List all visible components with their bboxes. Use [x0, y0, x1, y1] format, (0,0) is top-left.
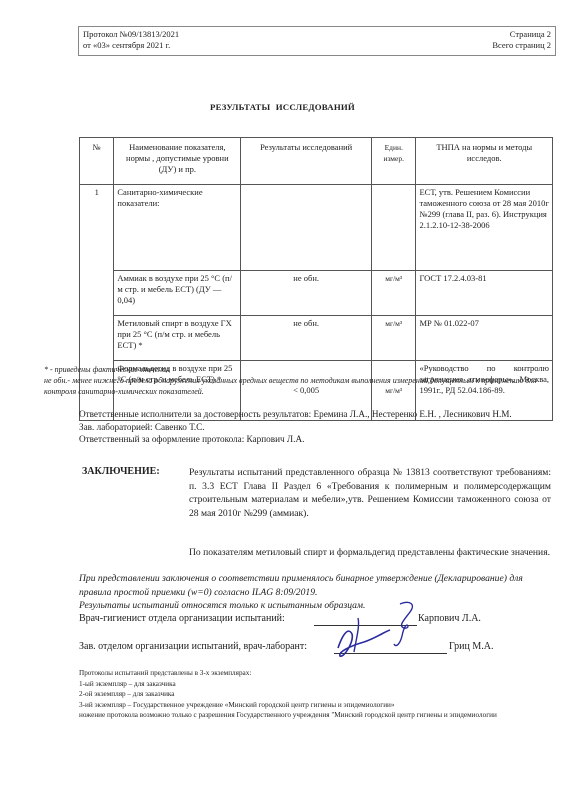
handwritten-signature-icon — [330, 596, 450, 666]
protocol-date: от «03» сентября 2021 г. — [83, 40, 179, 51]
head-name: Гриц М.А. — [449, 641, 493, 652]
col-number: № — [80, 138, 114, 185]
col-results: Результаты исследований — [241, 138, 372, 185]
copy-item: 1-ый экземпляр – для заказчика — [79, 679, 553, 690]
table-notes: * - приведены фактические значения не об… — [44, 364, 544, 397]
table-row: Метиловый спирт в воздухе ГХ при 25 °С (… — [80, 316, 553, 361]
tnpa: ГОСТ 17.2.4.03-81 — [416, 271, 553, 316]
responsible-persons: Ответственные исполнители за достовернос… — [79, 408, 549, 446]
col-unit: Един. измер. — [372, 138, 416, 185]
protocol-author: Ответственный за оформление протокола: К… — [79, 433, 549, 446]
conclusion-label: ЗАКЛЮЧЕНИЕ: — [82, 466, 160, 477]
copy-restriction: ножение протокола возможно только с разр… — [79, 710, 553, 721]
scope-statement: Результаты испытаний относятся только к … — [79, 599, 553, 613]
group-tnpa: ЕСТ, утв. Решением Комиссии таможенного … — [416, 185, 553, 271]
document-title: РЕЗУЛЬТАТЫ ИССЛЕДОВАНИЙ — [0, 102, 565, 112]
group-name: Санитарно-химические показатели: — [114, 185, 241, 271]
group-result — [241, 185, 372, 271]
copies-info: Протоколы испытаний представлены в 3-х э… — [79, 668, 553, 721]
indicator-name: Метиловый спирт в воздухе ГХ при 25 °С (… — [114, 316, 241, 361]
conclusion-text: Результаты испытаний представленного обр… — [189, 466, 551, 520]
statements: При представлении заключения о соответст… — [79, 572, 553, 613]
hygienist-label: Врач-гигиенист отдела организации испыта… — [79, 613, 285, 624]
binary-statement: При представлении заключения о соответст… — [79, 572, 553, 599]
col-tnpa: ТНПА на нормы и методы исследов. — [416, 138, 553, 185]
protocol-page: Протокол №09/13813/2021 от «03» сентября… — [0, 0, 565, 800]
total-pages: Всего страниц 2 — [492, 40, 551, 51]
result-value: не обн. — [241, 316, 372, 361]
col-indicator: Наименование показателя, нормы , допусти… — [114, 138, 241, 185]
page-header: Протокол №09/13813/2021 от «03» сентября… — [78, 26, 556, 56]
conclusion-text-2: По показателям метиловый спирт и формаль… — [189, 546, 551, 560]
page-info: Страница 2 Всего страниц 2 — [492, 29, 551, 51]
copies-title: Протоколы испытаний представлены в 3-х э… — [79, 668, 553, 679]
page-number: Страница 2 — [492, 29, 551, 40]
copy-item: 2-ой экземпляр – для заказчика — [79, 689, 553, 700]
head-label: Зав. отделом организации испытаний, врач… — [79, 641, 307, 652]
table-row: Аммиак в воздухе при 25 °С (п/м стр. и м… — [80, 271, 553, 316]
asterisk-note: * - приведены фактические значения — [44, 364, 544, 375]
tnpa: МР № 01.022-07 — [416, 316, 553, 361]
lab-head: Зав. лабораторией: Савенко Т.С. — [79, 421, 549, 434]
protocol-number: Протокол №09/13813/2021 — [83, 29, 179, 40]
executors: Ответственные исполнители за достовернос… — [79, 408, 549, 421]
not-detected-note: не обн.- менее нижнего предела обнаружен… — [44, 375, 544, 397]
unit: мг/м³ — [372, 271, 416, 316]
protocol-info: Протокол №09/13813/2021 от «03» сентября… — [83, 29, 179, 51]
indicator-name: Аммиак в воздухе при 25 °С (п/м стр. и м… — [114, 271, 241, 316]
copy-item: 3-ий экземпляр – Государственное учрежде… — [79, 700, 553, 711]
table-group-row: 1 Санитарно-химические показатели: ЕСТ, … — [80, 185, 553, 271]
result-value: не обн. — [241, 271, 372, 316]
table-header-row: № Наименование показателя, нормы , допус… — [80, 138, 553, 185]
unit: мг/м³ — [372, 316, 416, 361]
group-unit — [372, 185, 416, 271]
